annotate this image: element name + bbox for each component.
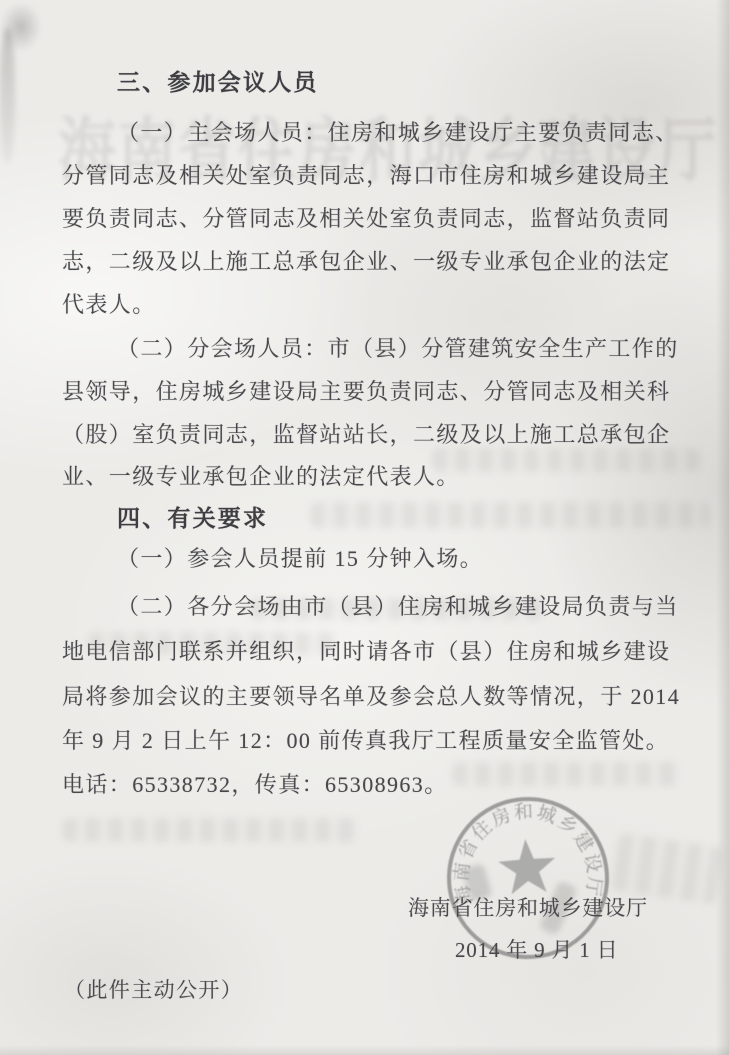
bleed-through-blob bbox=[62, 818, 357, 842]
document-line: （一）主会场人员：住房和城乡建设厅主要负责同志、 bbox=[117, 116, 679, 147]
document-line: （股）室负责同志，监督站站长，二级及以上施工总承包企 bbox=[62, 418, 670, 449]
seal-star-icon bbox=[497, 837, 558, 895]
section-heading-participants: 三、参加会议人员 bbox=[117, 64, 319, 97]
contact-phone-fax-line: 电话：65338732，传真：65308963。 bbox=[62, 768, 448, 799]
document-line: 志，二级及以上施工总承包企业、一级专业承包企业的法定 bbox=[62, 245, 670, 276]
document-line: （二）分会场人员：市（县）分管建筑安全生产工作的 bbox=[117, 332, 679, 363]
scan-artifact bbox=[0, 2, 52, 64]
document-line: 代表人。 bbox=[62, 288, 156, 319]
document-line: （二）各分会场由市（县）住房和城乡建设局负责与当 bbox=[117, 590, 679, 621]
signature-organization: 海南省住房和城乡建设厅 bbox=[408, 892, 648, 922]
bleed-through-blob bbox=[432, 448, 700, 472]
signature-date: 2014 年 9 月 1 日 bbox=[455, 934, 618, 964]
document-line: （一）参会人员提前 15 分钟入场。 bbox=[117, 542, 483, 573]
document-line: 业、一级专业承包企业的法定代表人。 bbox=[62, 460, 460, 491]
bleed-through-blob bbox=[310, 502, 710, 528]
bleed-through-blob bbox=[452, 762, 680, 786]
document-line: 地电信部门联系并组织，同时请各市（县）住房和城乡建设 bbox=[62, 635, 670, 666]
footer-disclosure-note: （此件主动公开） bbox=[64, 974, 243, 1004]
document-line: 局将参加会议的主要领导名单及参会总人数等情况，于 2014 bbox=[62, 680, 680, 711]
scan-artifact bbox=[0, 28, 15, 163]
scanned-document-page: 海南省住房和城乡建设厅 三、参加会议人员 （一）主会场人员：住房和城乡建设厅主要… bbox=[0, 0, 729, 1055]
document-line: 要负责同志、分管同志及相关处室负责同志，监督站负责同 bbox=[62, 202, 670, 233]
document-line: 分管同志及相关处室负责同志，海口市住房和城乡建设局主 bbox=[62, 159, 670, 190]
document-line: 年 9 月 2 日上午 12：00 前传真我厅工程质量安全监管处。 bbox=[62, 724, 669, 755]
section-heading-requirements: 四、有关要求 bbox=[117, 500, 268, 533]
paper-edge-shadow bbox=[0, 1045, 729, 1055]
document-line: 县领导，住房城乡建设局主要负责同志、分管同志及相关科 bbox=[62, 375, 670, 406]
